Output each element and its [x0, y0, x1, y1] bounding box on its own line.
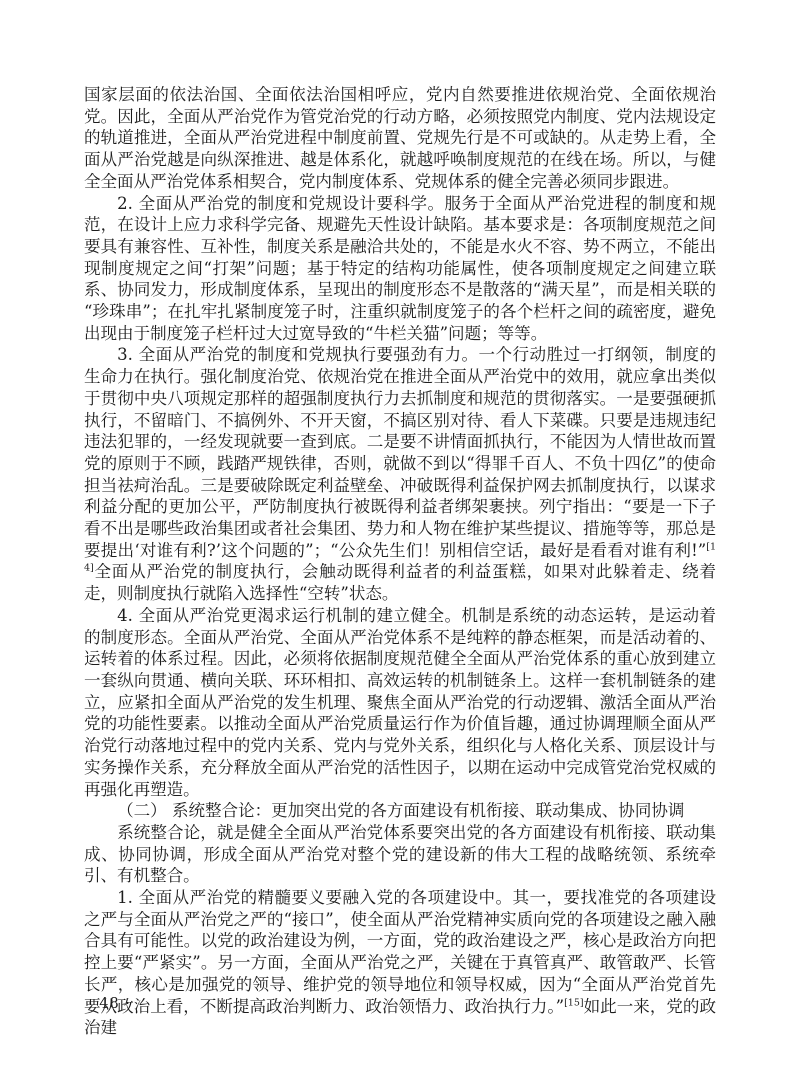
paragraph-text: 4. 全面从严治党更渴求运行机制的建立健全。机制是系统的动态运转，是运动着的制度… [84, 606, 716, 799]
document-page: 国家层面的依法治国、全面依法治国相呼应，党内自然要推进依规治党、全面依规治党。因… [0, 0, 793, 1077]
paragraph-text: 国家层面的依法治国、全面依法治国相呼应，党内自然要推进依规治党、全面依规治党。因… [84, 85, 716, 191]
paragraph: 国家层面的依法治国、全面依法治国相呼应，党内自然要推进依规治党、全面依规治党。因… [84, 84, 716, 193]
paragraph-text: （二） 系统整合论：更加突出党的各方面建设有机衔接、联动集成、协同协调 [117, 801, 684, 820]
footnote-ref: [15] [564, 997, 584, 1008]
paragraph: 3. 全面从严治党的制度和党规执行要强劲有力。一个行动胜过一打纲领，制度的生命力… [84, 344, 716, 604]
article-body: 国家层面的依法治国、全面依法治国相呼应，党内自然要推进依规治党、全面依规治党。因… [84, 84, 716, 1039]
paragraph: 2. 全面从严治党的制度和党规设计要科学。服务于全面从严治党进程的制度和规范，在… [84, 193, 716, 345]
paragraph: （二） 系统整合论：更加突出党的各方面建设有机衔接、联动集成、协同协调 [84, 800, 716, 822]
paragraph-text: 2. 全面从严治党的制度和党规设计要科学。服务于全面从严治党进程的制度和规范，在… [84, 194, 716, 343]
page-number: · 48 · [88, 996, 131, 1012]
paragraph-text: 系统整合论，就是健全全面从严治党体系要突出党的各方面建设有机衔接、联动集成、协同… [84, 823, 716, 885]
paragraph: 1. 全面从严治党的精髓要义要融入党的各项建设中。其一，要找准党的各项建设之严与… [84, 887, 716, 1039]
paragraph: 4. 全面从严治党更渴求运行机制的建立健全。机制是系统的动态运转，是运动着的制度… [84, 605, 716, 800]
paragraph-text: 3. 全面从严治党的制度和党规执行要强劲有力。一个行动胜过一打纲领，制度的生命力… [84, 345, 716, 559]
paragraph: 系统整合论，就是健全全面从严治党体系要突出党的各方面建设有机衔接、联动集成、协同… [84, 822, 716, 887]
paragraph-text: 全面从严治党的制度执行，会触动既得利益者的利益蛋糕，如果对此躲着走、绕着走，则制… [84, 562, 716, 603]
